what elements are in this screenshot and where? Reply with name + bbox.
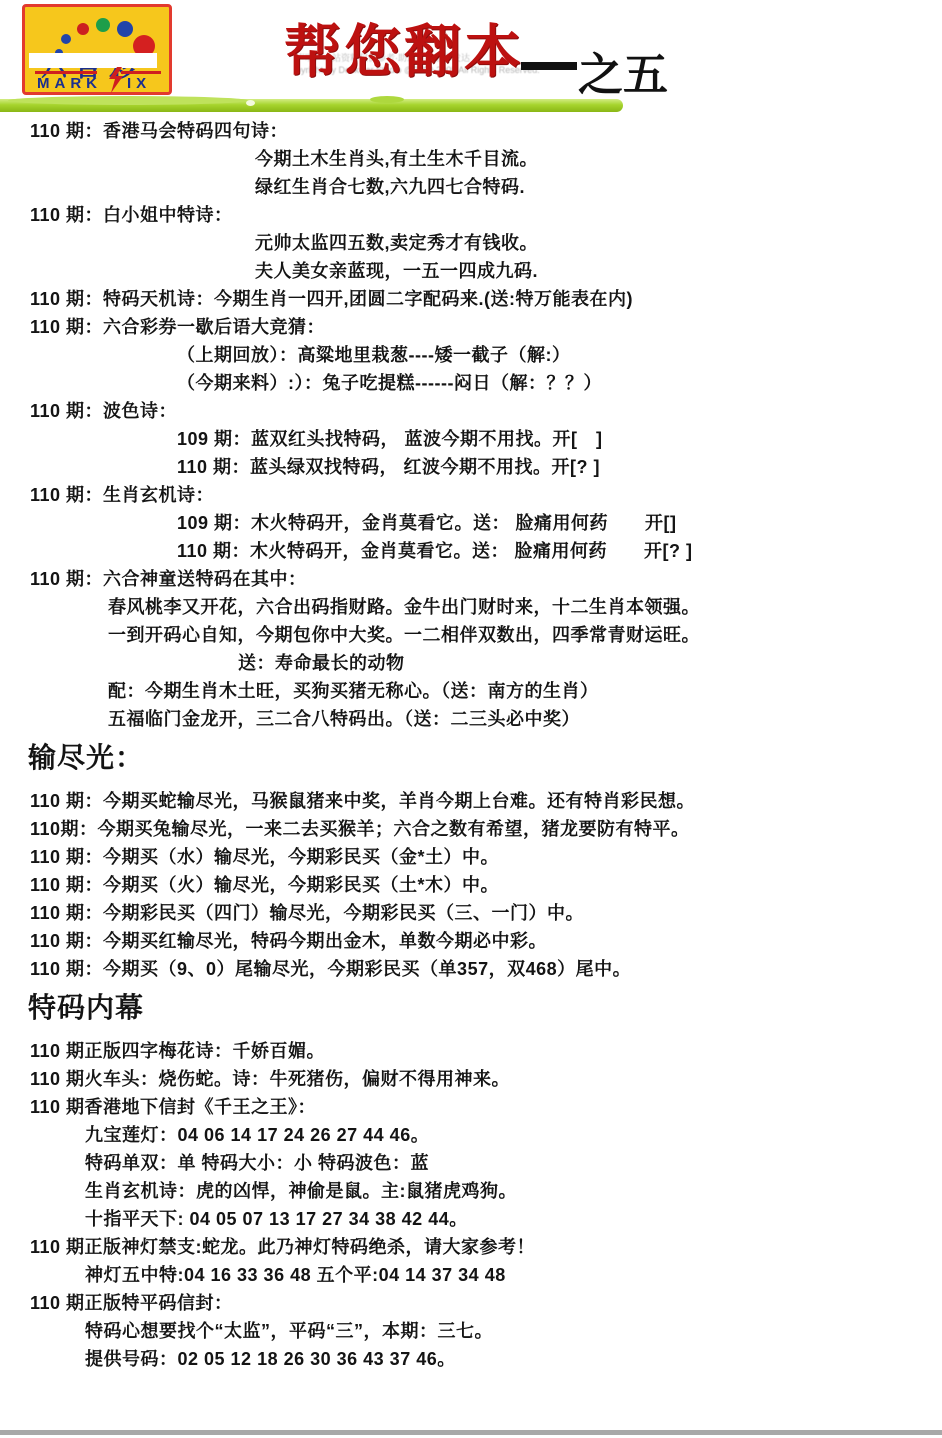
logo-ix-text: IX bbox=[127, 75, 151, 92]
text-line: 今期土木生肖头,有土生木千目流。 bbox=[0, 145, 942, 173]
tip-sheet-page: 六合彩 MARK IX 声明：本站资料仅供参考·助您早日翻本发达 pyright… bbox=[0, 0, 942, 1438]
divider-highlight bbox=[8, 96, 248, 105]
text-line: 110 期：今期买（9、0）尾输尽光，今期彩民买（单357，双468）尾中。 bbox=[0, 955, 942, 983]
text-line: 110 期正版特平码信封： bbox=[0, 1289, 942, 1317]
logo-mark-text: MARK bbox=[37, 75, 102, 92]
text-line: 110 期：六合彩券一歇后语大竞猜： bbox=[0, 313, 942, 341]
logo-dot-blue-1 bbox=[61, 34, 71, 44]
text-line: 提供号码：02 05 12 18 26 30 36 43 37 46。 bbox=[0, 1345, 942, 1373]
text-line: 110 期：香港马会特码四句诗： bbox=[0, 117, 942, 145]
page-title: 帮您翻本 bbox=[284, 6, 524, 88]
text-line: 110 期正版四字梅花诗：千娇百媚。 bbox=[0, 1037, 942, 1065]
text-line: 配：今期生肖木土旺，买狗买猪无称心。（送：南方的生肖） bbox=[0, 677, 942, 705]
divider-highlight-2 bbox=[370, 96, 404, 103]
mark-six-logo: 六合彩 MARK IX bbox=[22, 4, 172, 95]
header-divider-bar bbox=[0, 99, 623, 112]
text-line: 元帅太监四五数,卖定秀才有钱收。 bbox=[0, 229, 942, 257]
text-line: 十指平天下: 04 05 07 13 17 27 34 38 42 44。 bbox=[0, 1205, 942, 1233]
text-line: 春风桃李又开花，六合出码指财路。金牛出门财时来，十二生肖本领强。 bbox=[0, 593, 942, 621]
text-line: 110 期：木火特码开，金肖莫看它。送： 脸痛用何药 开[? ] bbox=[0, 537, 942, 565]
logo-dot-blue-2 bbox=[117, 21, 133, 37]
title-dash bbox=[521, 62, 577, 70]
logo-dot-red-1 bbox=[77, 23, 89, 35]
text-line: 一到开码心自知，今期包你中大奖。一二相伴双数出，四季常青财运旺。 bbox=[0, 621, 942, 649]
text-line: （今期来料）:）：兔子吃提糕------闷日（解：？？） bbox=[0, 369, 942, 397]
body-lines: 110 期：香港马会特码四句诗：今期土木生肖头,有土生木千目流。绿红生肖合七数,… bbox=[0, 117, 942, 1373]
text-line: 送：寿命最长的动物 bbox=[0, 649, 942, 677]
text-line: 110 期：蓝头绿双找特码， 红波今期不用找。开[? ] bbox=[0, 453, 942, 481]
text-line: 特码单双：单 特码大小：小 特码波色：蓝 bbox=[0, 1149, 942, 1177]
text-line: 110 期：今期彩民买（四门）输尽光，今期彩民买（三、一门）中。 bbox=[0, 899, 942, 927]
text-line: 110 期：白小姐中特诗： bbox=[0, 201, 942, 229]
section-heading: 输尽光： bbox=[0, 742, 942, 776]
text-line: 110期：今期买兔输尽光，一来二去买猴羊；六合之数有希望，猪龙要防有特平。 bbox=[0, 815, 942, 843]
footer-divider-bar bbox=[0, 1430, 942, 1435]
text-line: 110 期：六合神童送特码在其中： bbox=[0, 565, 942, 593]
text-line: 五福临门金龙开，三二合八特码出。（送：二三头必中奖） bbox=[0, 705, 942, 733]
text-line: 110 期：今期买（水）输尽光，今期彩民买（金*土）中。 bbox=[0, 843, 942, 871]
text-line: 九宝莲灯：04 06 14 17 24 26 27 44 46。 bbox=[0, 1121, 942, 1149]
lightning-bolt-icon bbox=[107, 67, 125, 93]
text-line: 110 期：波色诗： bbox=[0, 397, 942, 425]
text-line: （上期回放）：高粱地里栽葱----矮一截子（解:） bbox=[0, 341, 942, 369]
text-line: 神灯五中特:04 16 33 36 48 五个平:04 14 37 34 48 bbox=[0, 1261, 942, 1289]
text-line: 110 期：今期买（火）输尽光，今期彩民买（土*木）中。 bbox=[0, 871, 942, 899]
text-line: 夫人美女亲蓝现，一五一四成九码. bbox=[0, 257, 942, 285]
text-line: 绿红生肖合七数,六九四七合特码. bbox=[0, 173, 942, 201]
text-line: 特码心想要找个“太监”，平码“三”，本期：三七。 bbox=[0, 1317, 942, 1345]
text-line: 109 期：蓝双红头找特码， 蓝波今期不用找。开[ ] bbox=[0, 425, 942, 453]
logo-underline-right bbox=[121, 71, 161, 74]
text-line: 生肖玄机诗：虎的凶悍，神偷是鼠。主:鼠猪虎鸡狗。 bbox=[0, 1177, 942, 1205]
logo-underline-left bbox=[35, 71, 97, 74]
text-line: 110 期火车头：烧伤蛇。诗：牛死猪伤，偏财不得用神来。 bbox=[0, 1065, 942, 1093]
section-heading: 特码内幕 bbox=[0, 992, 942, 1026]
logo-dot-green bbox=[96, 18, 110, 32]
text-line: 110 期香港地下信封《千王之王》： bbox=[0, 1093, 942, 1121]
text-line: 110 期：特码天机诗：今期生肖一四开,团圆二字配码来.(送:特万能表在内) bbox=[0, 285, 942, 313]
text-line: 110 期：生肖玄机诗： bbox=[0, 481, 942, 509]
text-line: 110 期：今期买红输尽光，特码今期出金木，单数今期必中彩。 bbox=[0, 927, 942, 955]
text-line: 109 期：木火特码开，金肖莫看它。送： 脸痛用何药 开[] bbox=[0, 509, 942, 537]
divider-nub bbox=[246, 100, 255, 106]
text-line: 110 期：今期买蛇输尽光，马猴鼠猪来中奖，羊肖今期上台难。还有特肖彩民想。 bbox=[0, 787, 942, 815]
logo-white-band bbox=[29, 53, 157, 68]
title-suffix: 之五 bbox=[578, 38, 668, 103]
text-line: 110 期正版神灯禁支:蛇龙。此乃神灯特码绝杀，请大家参考！ bbox=[0, 1233, 942, 1261]
